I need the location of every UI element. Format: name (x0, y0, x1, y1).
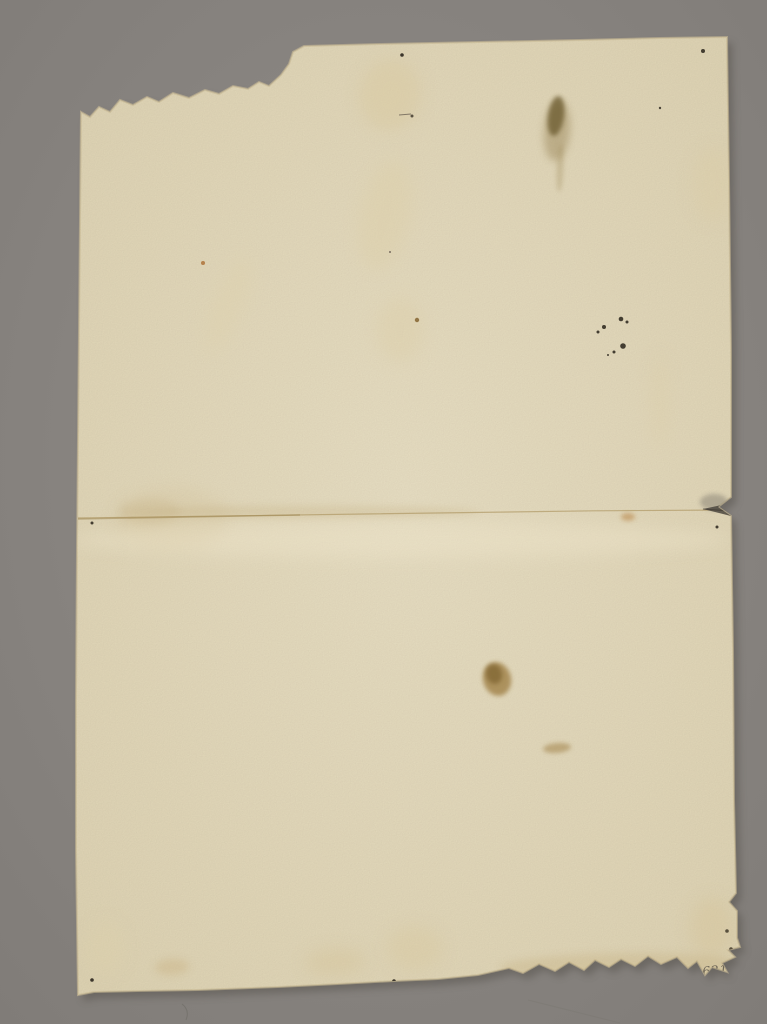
ink-fleck (91, 522, 94, 525)
pinhole (400, 53, 404, 57)
stain-ghost-stain-center (376, 298, 424, 362)
ink-fleck (619, 317, 624, 322)
artifact-photograph: 795-1-4621 7. (0, 0, 767, 1024)
ink-fleck (701, 49, 705, 53)
ink-fleck (716, 526, 719, 529)
stain-bottom-left-stain (85, 920, 125, 976)
ink-fleck (415, 318, 419, 322)
ink-fleck (613, 351, 616, 354)
photograph-stage: 795-1-4621 7. (0, 0, 767, 1024)
ink-fleck (659, 107, 661, 109)
stain-light-band-below-fold (70, 522, 730, 558)
pinhole (90, 978, 94, 982)
ink-fleck (411, 115, 414, 118)
ink-fleck (201, 261, 205, 265)
ink-fleck (389, 251, 391, 253)
paper-surface-details: 795-1-4621 7. (60, 20, 760, 1020)
stain-bottom-stain-round (387, 926, 443, 970)
ink-fleck (607, 354, 609, 356)
ink-fleck (626, 321, 629, 324)
ink-fleck (725, 929, 729, 933)
stain-ghost-stain-top-right (692, 147, 732, 223)
stain-orange-dot-on-fold (621, 513, 635, 521)
stain-bottom-right-stain (690, 898, 734, 958)
stain-faint-streak-right (652, 352, 668, 448)
ink-fleck (602, 325, 606, 329)
ink-fleck (597, 331, 600, 334)
ink-fleck (620, 343, 626, 349)
